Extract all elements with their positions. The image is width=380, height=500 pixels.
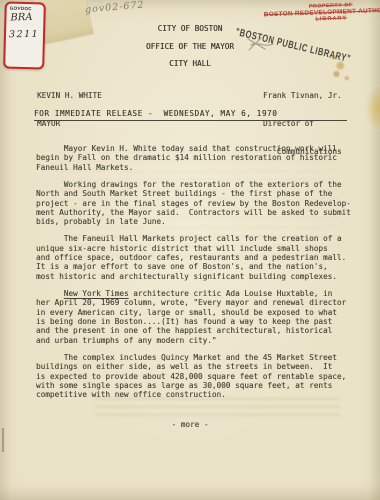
letterhead-line3: CITY HALL: [169, 59, 211, 68]
catalog-label-header: GOVDOC: [10, 6, 44, 12]
mayor-name: KEVIN H. WHITE: [37, 91, 102, 100]
paragraph-3: The Faneuil Hall Markets project calls f…: [36, 234, 356, 281]
pencil-annotation: gov02-672: [85, 0, 145, 16]
release-dateline: FOR IMMEDIATE RELEASE - WEDNESDAY, MAY 6…: [34, 109, 347, 121]
paragraph-2: Working drawings for the restoration of …: [36, 180, 356, 227]
letterhead-line2: OFFICE OF THE MAYOR: [146, 42, 234, 51]
paragraph-1: Mayor Kevin H. White today said that con…: [36, 144, 356, 172]
paragraph-4-citation: New York Times: [64, 289, 129, 298]
continuation-mark: - more -: [34, 420, 346, 429]
paragraph-5: The complex includes Quincy Market and t…: [36, 353, 356, 400]
paragraph-4: New York Times architecture critic Ada L…: [36, 289, 356, 345]
press-release-scan-page: GOVDOC BRA 3211 gov02-672 PROPERTY OF BO…: [0, 0, 380, 500]
edge-stain: [366, 86, 380, 130]
letterhead: CITY OF BOSTON OFFICE OF THE MAYOR CITY …: [34, 20, 346, 73]
contact-name: Frank Tivnan, Jr.: [263, 91, 342, 100]
body-text: Mayor Kevin H. White today said that con…: [36, 144, 356, 407]
scan-edge-mark: [2, 428, 4, 452]
paragraph-4-indent: [36, 289, 64, 298]
letterhead-line1: CITY OF BOSTON: [158, 24, 223, 33]
